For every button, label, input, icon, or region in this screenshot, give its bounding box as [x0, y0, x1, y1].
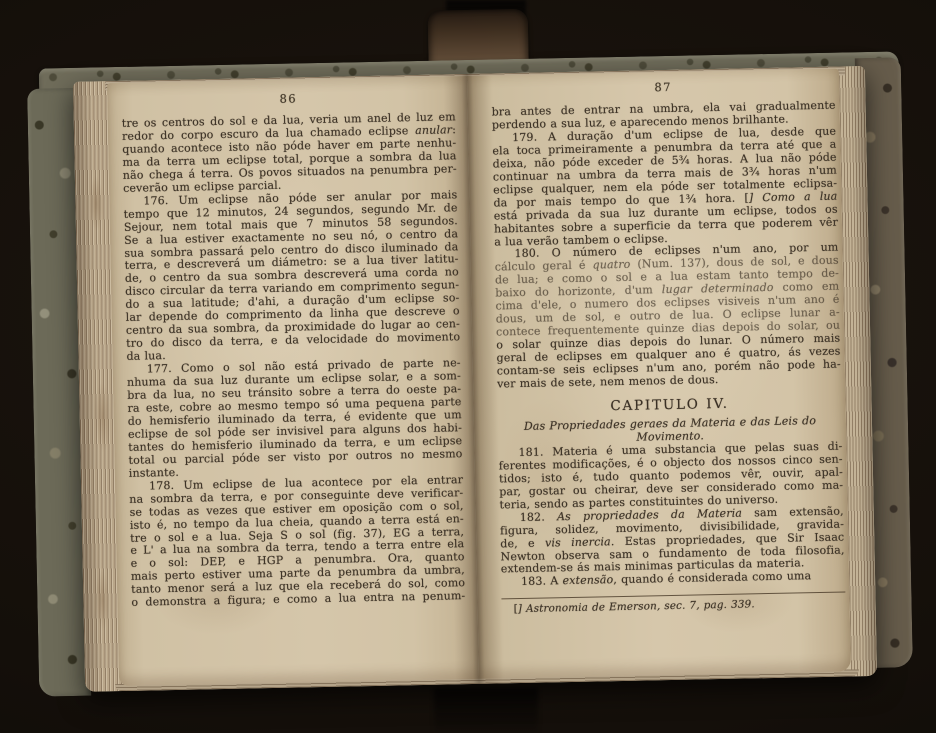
right-page: 87 bra antes de entrar na umbra, ela vai… — [467, 69, 851, 679]
left-page-text-column: 86 tre os centros do sol e da lua, veria… — [121, 88, 465, 610]
page-block: 86 tre os centros do sol e da lua, veria… — [73, 66, 877, 692]
book-photograph: 86 tre os centros do sol e da lua, veria… — [0, 0, 936, 733]
page-number-right: 87 — [491, 77, 835, 98]
left-page: 86 tre os centros do sol e da lua, veria… — [107, 76, 479, 686]
chapter-heading: CAPITULO IV. — [497, 395, 841, 417]
open-book: 86 tre os centros do sol e da lua, veria… — [27, 51, 914, 704]
page-number-left: 86 — [121, 88, 455, 109]
left-page-body-text: tre os centros do sol e da lua, veria um… — [122, 111, 466, 610]
right-page-body-text: bra antes de entrar na umbra, ela vai gr… — [492, 100, 846, 617]
footnote: [] Astronomia de Emerson, sec. 7, pag. 3… — [501, 592, 845, 617]
right-page-text-column: 87 bra antes de entrar na umbra, ela vai… — [491, 77, 846, 617]
